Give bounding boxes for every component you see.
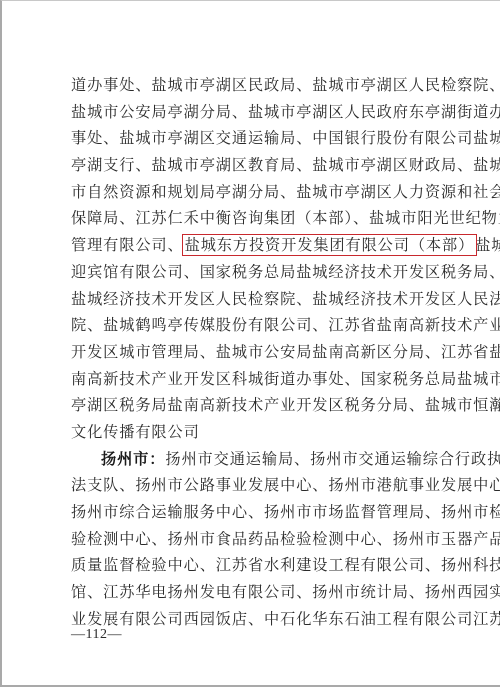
text-line: 亭湖支行、盐城市亭湖区教育局、盐城市亭湖区财政局、盐城 [71, 152, 441, 179]
section-heading: 扬州市： [101, 450, 165, 468]
text-segment: 管理有限公司、 [71, 236, 184, 254]
document-page: 道办事处、盐城市亭湖区民政局、盐城市亭湖区人民检察院、 盐城市公安局亭湖分局、盐… [0, 0, 500, 687]
text-line: 迎宾馆有限公司、国家税务总局盐城经济技术开发区税务局、 [71, 259, 441, 286]
text-line-with-highlight: 管理有限公司、盐城东方投资开发集团有限公司（本部）盐城 [71, 232, 441, 259]
section-line-yangzhou: 扬州市：扬州市交通运输局、扬州市交通运输综合行政执 [71, 446, 441, 473]
text-line: 业发展有限公司西园饭店、中石化华东石油工程有限公司江苏 [71, 606, 441, 633]
text-segment: 盐城 [475, 236, 500, 254]
text-line: 馆、江苏华电扬州发电有限公司、扬州市统计局、扬州西园实 [71, 579, 441, 606]
text-line: 质量监督检验中心、江苏省水利建设工程有限公司、扬州科技 [71, 552, 441, 579]
text-line: 亭湖区税务局盐南高新技术产业开发区税务分局、盐城市恒瀚 [71, 392, 441, 419]
text-line: 盐城经济技术开发区人民检察院、盐城经济技术开发区人民法 [71, 286, 441, 313]
text-line: 开发区城市管理局、盐城市公安局盐南高新区分局、江苏省盐 [71, 339, 441, 366]
page-number: —112— [71, 627, 122, 643]
text-line: 验检测中心、扬州市食品药品检验检测中心、扬州市玉器产品 [71, 526, 441, 553]
text-line: 保障局、江苏仁禾中衡咨询集团（本部）、盐城市阳光世纪物业 [71, 205, 441, 232]
document-body: 道办事处、盐城市亭湖区民政局、盐城市亭湖区人民检察院、 盐城市公安局亭湖分局、盐… [71, 72, 441, 632]
text-line: 院、盐城鹤鸣亭传媒股份有限公司、江苏省盐南高新技术产业 [71, 312, 441, 339]
text-line: 文化传播有限公司 [71, 419, 441, 446]
text-line: 盐城市公安局亭湖分局、盐城市亭湖区人民政府东亭湖街道办 [71, 99, 441, 126]
text-line: 南高新技术产业开发区科城街道办事处、国家税务总局盐城市 [71, 366, 441, 393]
text-line: 市自然资源和规划局亭湖分局、盐城市亭湖区人力资源和社会 [71, 179, 441, 206]
highlighted-company-name: 盐城东方投资开发集团有限公司（本部） [184, 236, 476, 254]
text-line: 道办事处、盐城市亭湖区民政局、盐城市亭湖区人民检察院、 [71, 72, 441, 99]
text-line: 扬州市综合运输服务中心、扬州市市场监督管理局、扬州市检 [71, 499, 441, 526]
text-segment: 扬州市交通运输局、扬州市交通运输综合行政执 [165, 450, 500, 468]
text-line: 事处、盐城市亭湖区交通运输局、中国银行股份有限公司盐城 [71, 125, 441, 152]
text-line: 法支队、扬州市公路事业发展中心、扬州市港航事业发展中心、 [71, 472, 441, 499]
